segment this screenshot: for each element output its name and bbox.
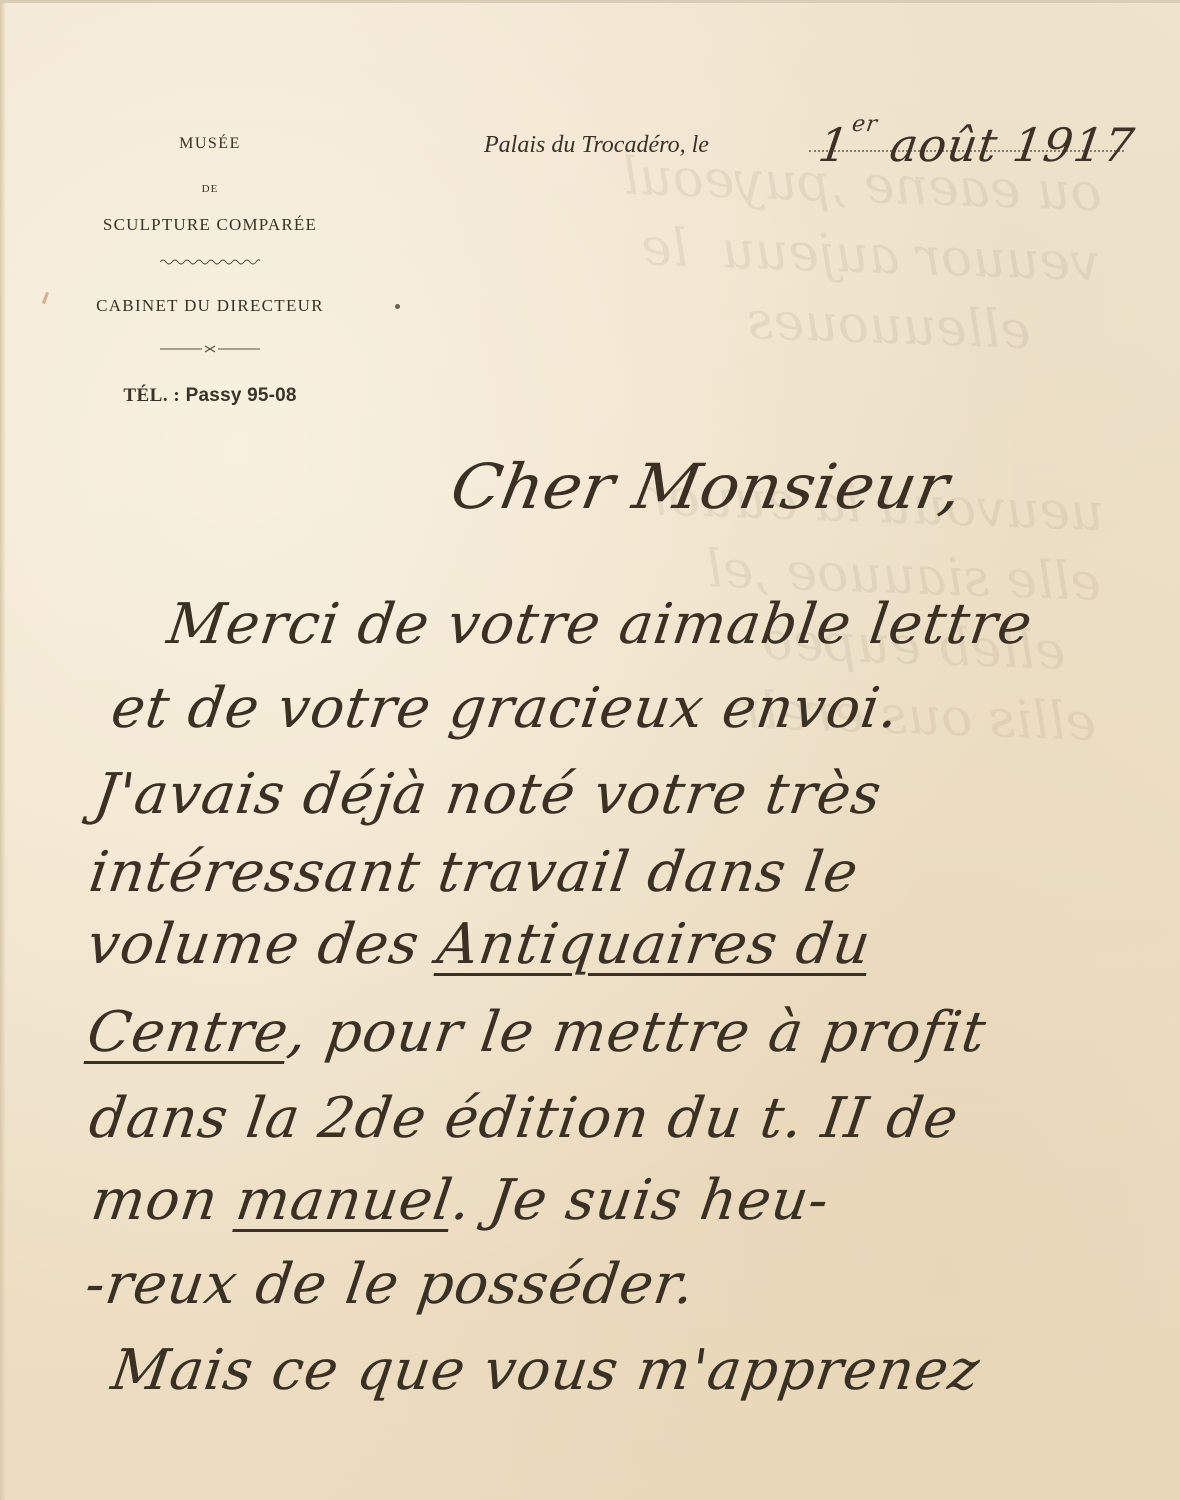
- letterhead-telephone: TÉL. : Passy 95-08: [30, 385, 390, 407]
- salutation: Cher Monsieur,: [446, 450, 968, 523]
- underlined-title: Centre: [83, 1000, 293, 1065]
- body-line: intéressant travail dans le: [85, 840, 862, 905]
- wave-ornament-icon: [160, 257, 260, 265]
- tel-number: Passy 95-08: [186, 385, 297, 406]
- date-day: 1: [815, 118, 853, 172]
- body-text: volume des: [83, 912, 423, 977]
- body-text: , pour le mettre à profit: [284, 1000, 990, 1065]
- body-text: mon: [87, 1168, 222, 1233]
- letterhead-de: DE: [30, 183, 390, 195]
- body-line: Centre, pour le mettre à profit: [83, 1000, 990, 1065]
- date-month-year: août 1917: [887, 118, 1139, 172]
- date-day-suffix: er: [850, 112, 879, 137]
- tel-label: TÉL. :: [123, 385, 180, 406]
- underlined-title: Antiquaires du: [433, 912, 875, 977]
- body-line: volume des Antiquaires du: [83, 912, 875, 977]
- cross-divider-icon: [160, 344, 260, 354]
- body-line: dans la 2de édition du t. II de: [85, 1086, 962, 1151]
- letterhead-cabinet-text: CABINET DU DIRECTEUR: [96, 296, 324, 315]
- letterhead-musee: MUSÉE: [30, 135, 390, 153]
- dateline-place: Palais du Trocadéro, le: [484, 132, 709, 159]
- body-line: Mais ce que vous m'apprenez: [107, 1338, 984, 1403]
- body-line: -reux de le posséder.: [81, 1252, 699, 1317]
- body-line: J'avais déjà noté votre très: [90, 762, 885, 827]
- letterhead: MUSÉE DE SCULPTURE COMPARÉE CABINET DU D…: [30, 128, 390, 407]
- dateline: Palais du Trocadéro, le 1er août 1917: [484, 118, 1164, 208]
- letterhead-sculpture: SCULPTURE COMPARÉE: [30, 215, 390, 235]
- body-line: mon manuel. Je suis heu-: [87, 1168, 833, 1233]
- underlined-word: manuel: [232, 1168, 457, 1233]
- letter-page: ou eaene ,puyeoul veuuor aujeuu le elleu…: [0, 0, 1180, 1500]
- body-line: Merci de votre aimable lettre: [163, 592, 1036, 657]
- body-line: et de votre gracieux envoi.: [107, 676, 903, 741]
- dot-mark: [395, 304, 400, 309]
- letterhead-cabinet: CABINET DU DIRECTEUR: [30, 296, 390, 316]
- dateline-date: 1er août 1917: [815, 118, 1138, 172]
- body-text: . Je suis heu-: [448, 1168, 834, 1233]
